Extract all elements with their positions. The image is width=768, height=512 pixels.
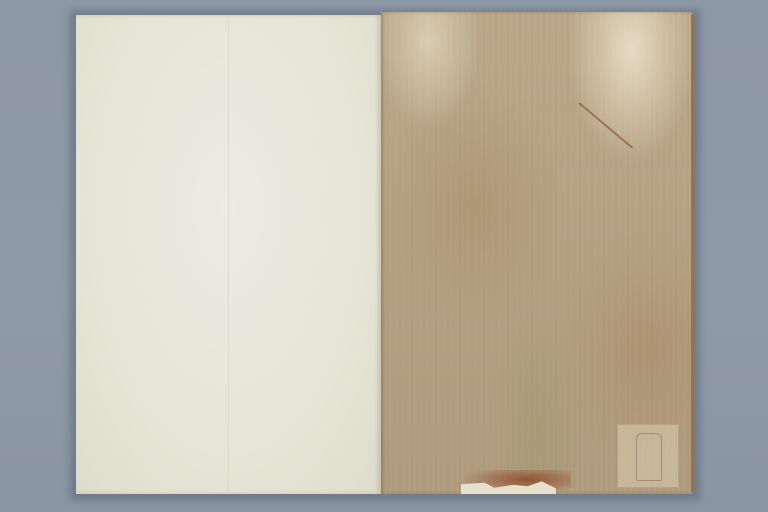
scratch-mark: [578, 102, 633, 149]
seal-stamp: [617, 424, 679, 488]
cover-edge: [691, 14, 695, 492]
blank-left-page: [76, 15, 381, 494]
stained-cover: [381, 12, 694, 494]
page-crease: [228, 15, 229, 494]
seal-glyph-icon: [636, 433, 662, 481]
